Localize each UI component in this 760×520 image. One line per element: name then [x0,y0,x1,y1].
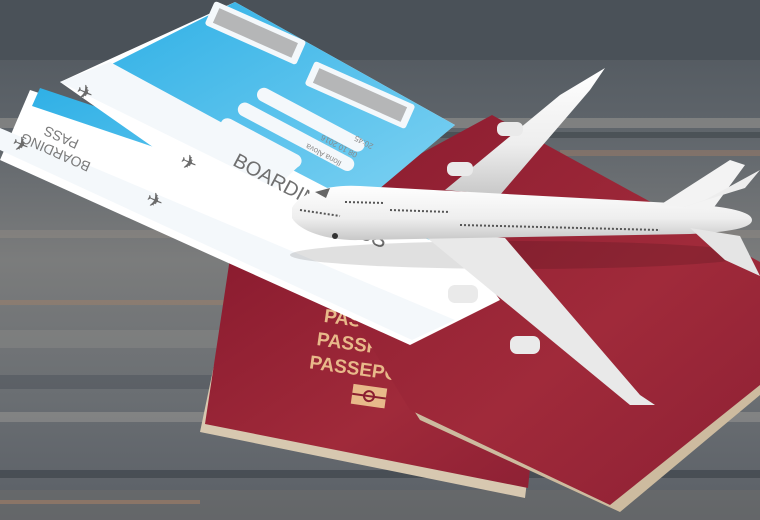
photo-scene: PASSEPORT PASSPORT PASSEPORT BOARDING PA… [0,0,760,520]
scene-illustration: PASSEPORT PASSPORT PASSEPORT BOARDING PA… [0,0,760,520]
